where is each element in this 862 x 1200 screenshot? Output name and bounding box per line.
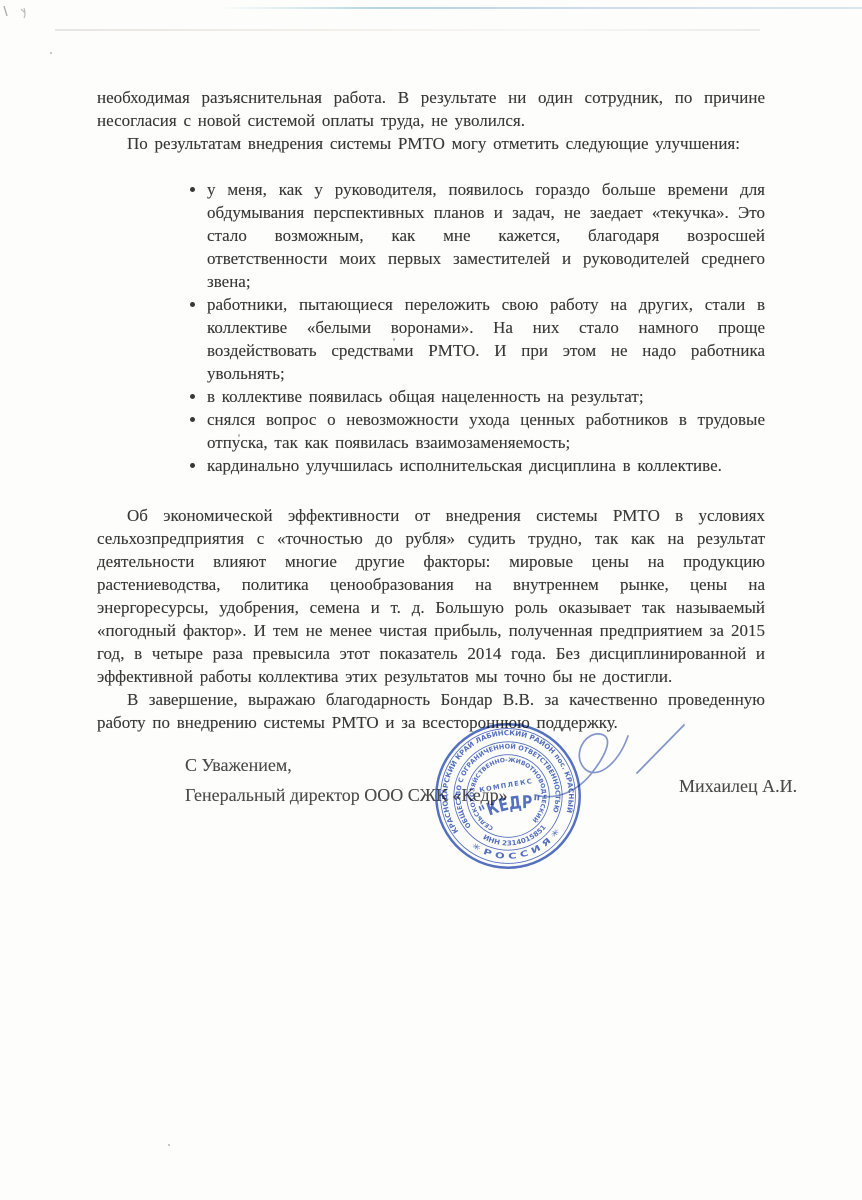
- handwritten-signature: [533, 702, 703, 812]
- pen-mark: [0, 2, 40, 28]
- stamp-complex-label: КОМПЛЕКС: [479, 777, 534, 794]
- signature-slash-stroke: [637, 725, 684, 773]
- paragraph-intro: По результатам внедрения системы РМТО мо…: [97, 132, 765, 155]
- improvements-bullet-list: у меня, как у руководителя, появилось го…: [185, 178, 765, 477]
- scan-speck: [168, 1144, 170, 1146]
- scan-artifact-line: [55, 29, 760, 31]
- bullet-item: работники, пытающиеся переложить свою ра…: [207, 293, 765, 385]
- scanned-letter-page: необходимая разъяснительная работа. В ре…: [0, 0, 862, 1200]
- bullet-item: в коллективе появилась общая нацеленност…: [207, 385, 765, 408]
- paragraph-economics: Об экономической эффективности от внедре…: [97, 504, 765, 688]
- paragraph-continuation: необходимая разъяснительная работа. В ре…: [97, 86, 765, 132]
- scan-artifact-line: [218, 7, 862, 9]
- bullet-item: кардинально улучшилась исполнительская д…: [207, 454, 765, 477]
- bullet-item: у меня, как у руководителя, появилось го…: [207, 178, 765, 293]
- stamp-ring-outer-bottom: ✳ Р О С С И Я ✳: [469, 825, 566, 868]
- bullet-item: снялся вопрос о невозможности ухода ценн…: [207, 408, 765, 454]
- letter-body: необходимая разъяснительная работа. В ре…: [97, 86, 765, 734]
- signature-loop-stroke: [535, 734, 628, 797]
- scan-speck: [50, 52, 52, 54]
